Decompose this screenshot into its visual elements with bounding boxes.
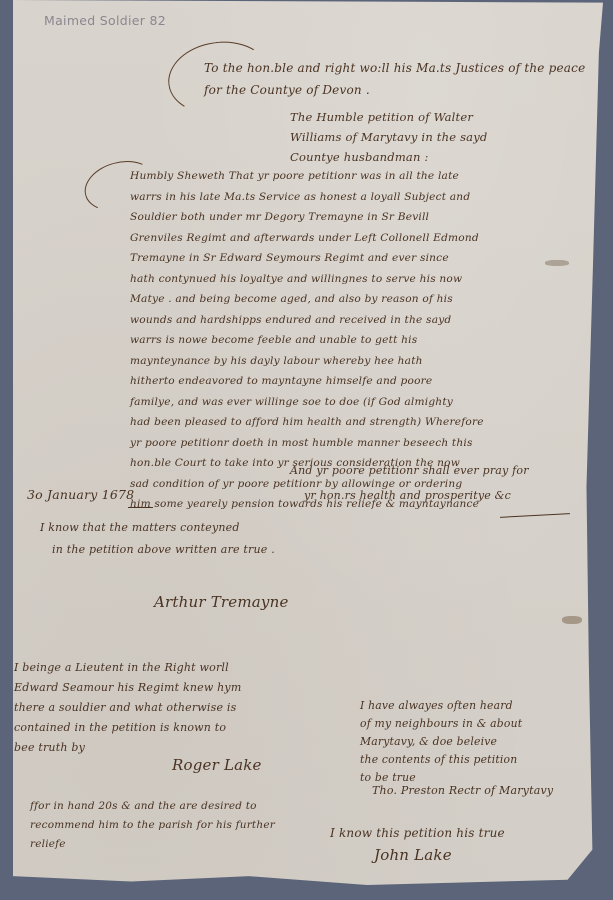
tremayne-line-1: I know that the matters conteyned — [40, 517, 275, 539]
body-line: hath contynued his loyaltye and willingn… — [130, 269, 484, 290]
john-lake-line: I know this petition his true — [330, 822, 505, 844]
preston-certification: I have alwayes often heard of my neighbo… — [360, 697, 522, 787]
ink-stain — [562, 616, 582, 624]
ink-stain — [545, 260, 569, 266]
lake-line: Edward Seamour his Regimt knew hym — [14, 678, 241, 698]
lake-line: contained in the petition is known to — [14, 718, 241, 738]
body-line: Souldier both under mr Degory Tremayne i… — [130, 207, 484, 228]
heading-line-2: Williams of Marytavy in the sayd — [290, 127, 487, 147]
order-line: reliefe — [30, 835, 275, 854]
heading-line-1: The Humble petition of Walter — [290, 107, 487, 127]
petition-date: 3o January 1678 — [27, 487, 134, 502]
preston-line: I have alwayes often heard — [360, 697, 522, 715]
body-line: maynteynance by his dayly labour whereby… — [130, 351, 484, 372]
body-line: warrs is nowe become feeble and unable t… — [130, 330, 484, 351]
lake-signature: Roger Lake — [172, 756, 262, 774]
body-line: hitherto endeavored to mayntayne himself… — [130, 371, 484, 392]
lake-line: I beinge a Lieutent in the Right worll — [14, 658, 241, 678]
address-block: To the hon.ble and right wo:ll his Ma.ts… — [204, 57, 585, 101]
closing-prayer: And yr poore petitionr shall ever pray f… — [290, 458, 529, 508]
closing-line-1: And yr poore petitionr shall ever pray f… — [290, 458, 529, 483]
heading-line-3: Countye husbandman : — [290, 147, 487, 167]
order-line: recommend him to the parish for his furt… — [30, 816, 275, 835]
lake-certification: I beinge a Lieutent in the Right worll E… — [14, 658, 241, 758]
tremayne-signature: Arthur Tremayne — [154, 593, 289, 611]
tremayne-line-2: in the petition above written are true . — [40, 539, 275, 561]
body-line: Humbly Sheweth That yr poore petitionr w… — [130, 166, 484, 187]
preston-signature: Tho. Preston Rectr of Marytavy — [372, 784, 553, 797]
archive-label: Maimed Soldier 82 — [44, 13, 166, 28]
preston-line: Marytavy, & doe beleive — [360, 733, 522, 751]
john-lake-signature: John Lake — [374, 846, 452, 864]
date-underline — [128, 507, 153, 508]
body-line: Matye . and being become aged, and also … — [130, 289, 484, 310]
lake-line: there a souldier and what otherwise is — [14, 698, 241, 718]
body-line: had been pleased to afford him health an… — [130, 412, 484, 433]
body-line: wounds and hardshipps endured and receiv… — [130, 310, 484, 331]
preston-line: the contents of this petition — [360, 751, 522, 769]
body-line: Tremayne in Sr Edward Seymours Regimt an… — [130, 248, 484, 269]
order-line: ffor in hand 20s & and the are desired t… — [30, 797, 275, 816]
john-lake-certification: I know this petition his true — [330, 822, 505, 844]
preston-line: of my neighbours in & about — [360, 715, 522, 733]
address-line-1: To the hon.ble and right wo:ll his Ma.ts… — [204, 57, 585, 79]
body-line: familye, and was ever willinge soe to do… — [130, 392, 484, 413]
order-note: ffor in hand 20s & and the are desired t… — [30, 797, 275, 854]
lake-line: bee truth by — [14, 738, 241, 758]
address-line-2: for the Countye of Devon . — [204, 79, 585, 101]
petitioner-heading: The Humble petition of Walter Williams o… — [290, 107, 487, 167]
closing-line-2: yr hon.rs health and prosperitye &c — [290, 483, 529, 508]
body-line: Grenviles Regimt and afterwards under Le… — [130, 228, 484, 249]
tremayne-certification: I know that the matters conteyned in the… — [40, 517, 275, 561]
body-line: warrs in his late Ma.ts Service as hones… — [130, 187, 484, 208]
body-line: yr poore petitionr doeth in most humble … — [130, 433, 484, 454]
